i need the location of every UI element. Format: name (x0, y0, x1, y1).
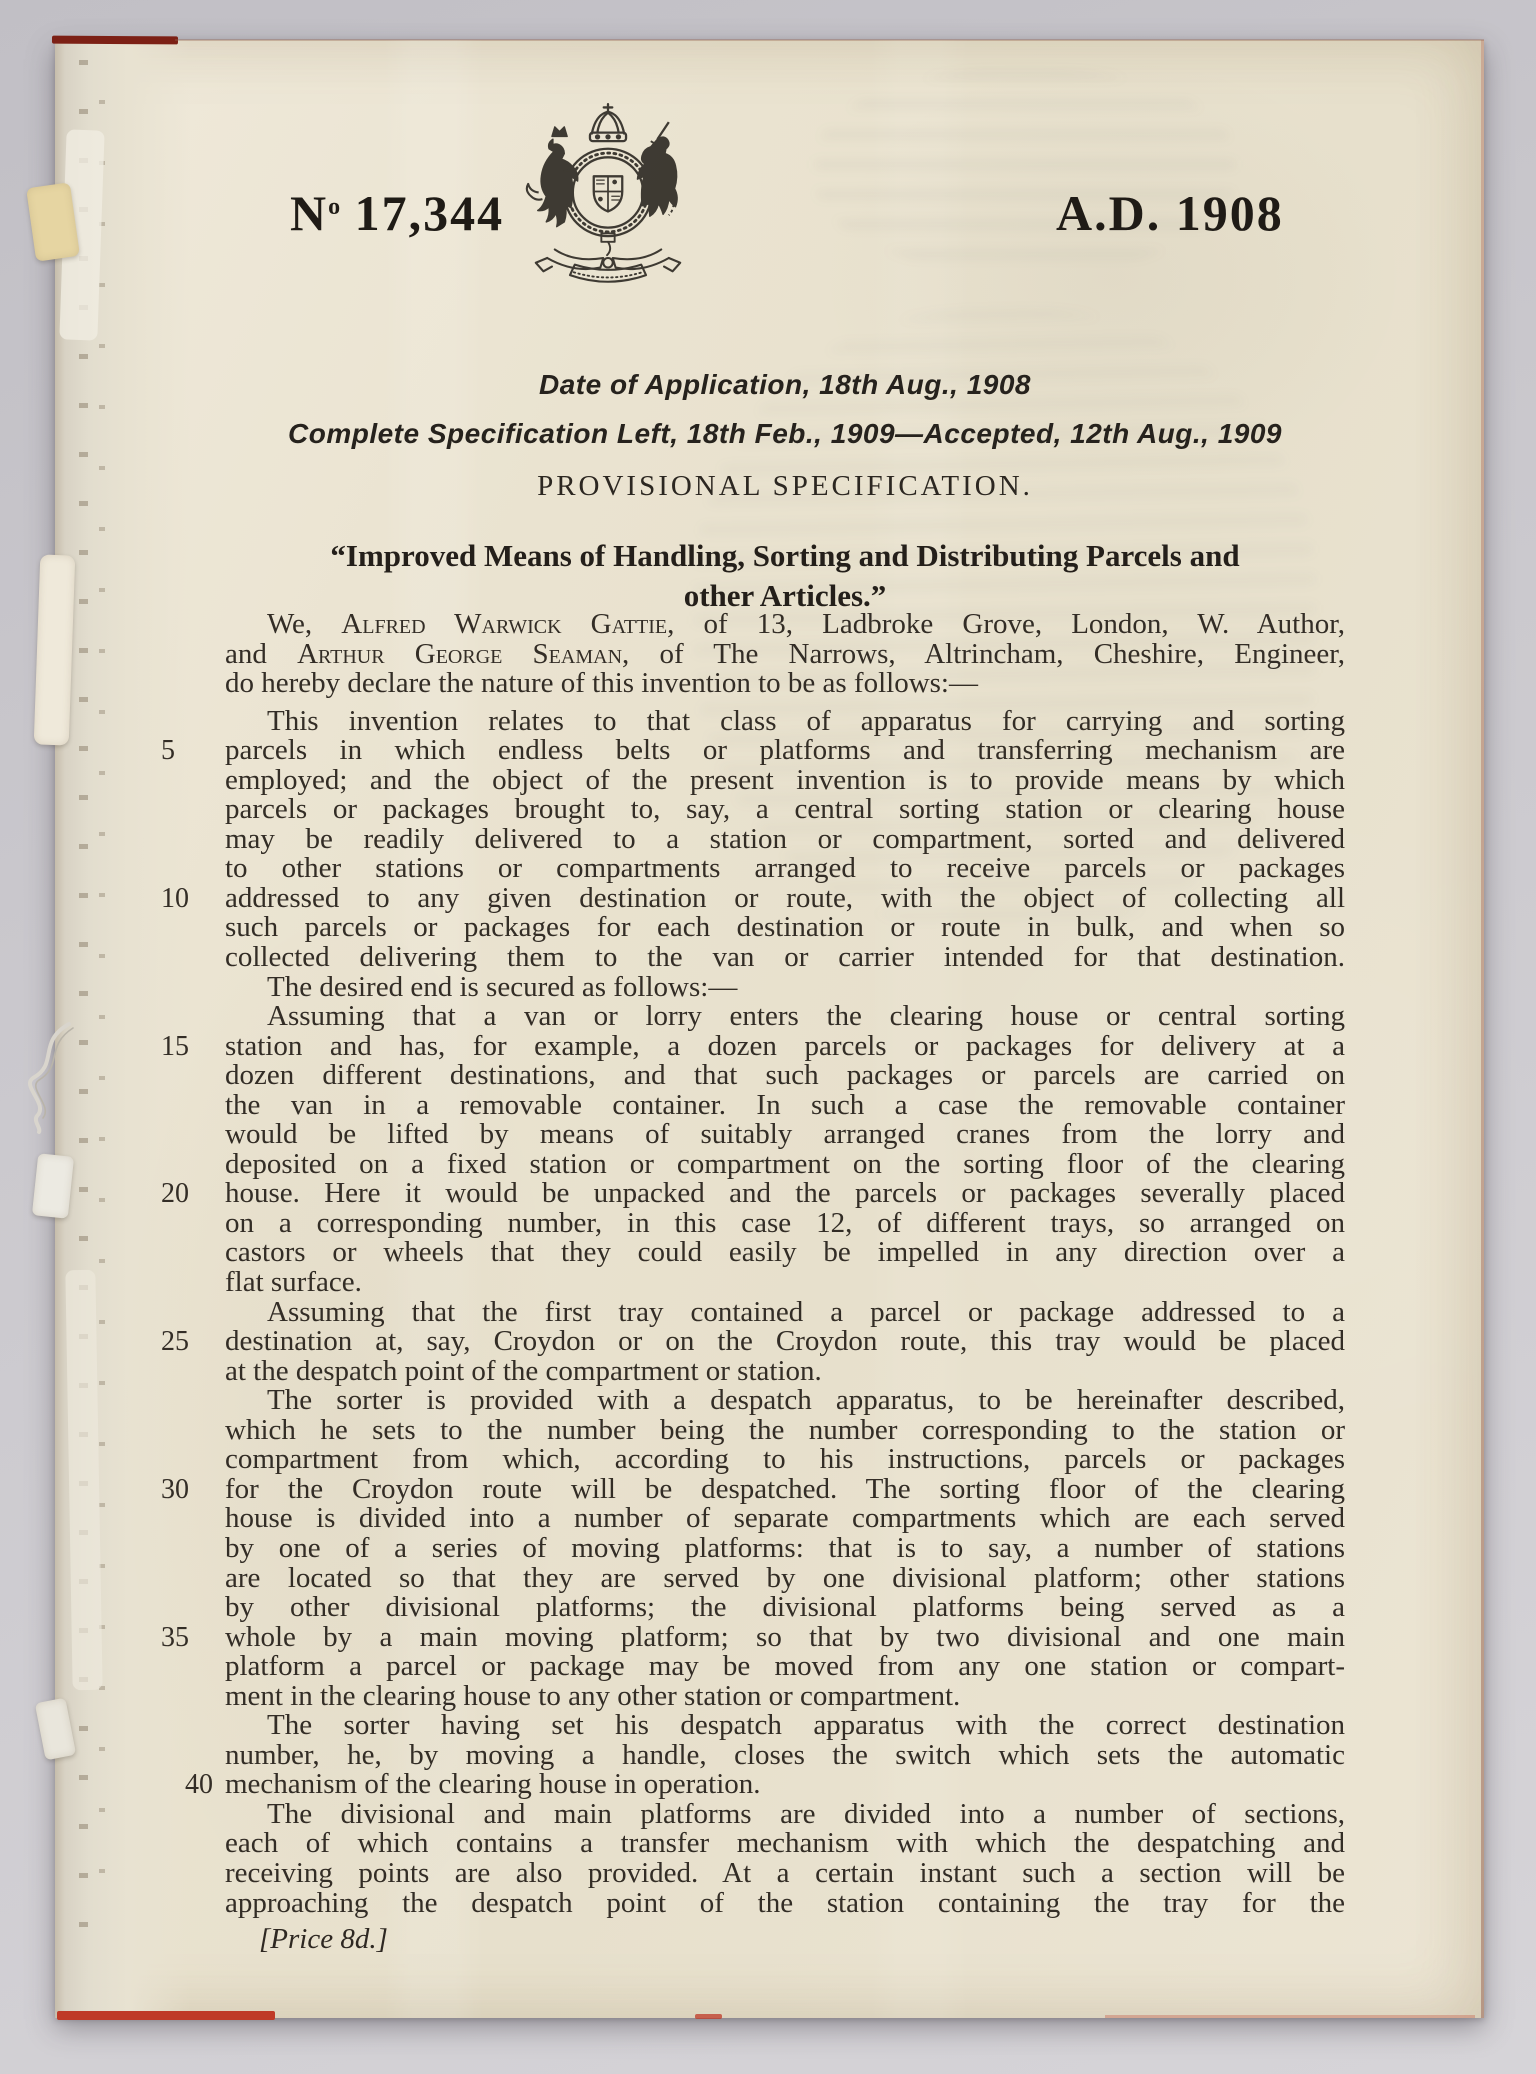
text-line: 40mechanism of the clearing house in ope… (225, 1770, 1345, 1800)
text-line: to other stations or compartments arrang… (225, 854, 1345, 884)
patent-number-prefix: N (290, 185, 328, 241)
text-line: ment in the clearing house to any other … (225, 1682, 1345, 1712)
text-line: 10addressed to any given destination or … (225, 884, 1345, 914)
text-line: deposited on a fixed station or compartm… (225, 1150, 1345, 1180)
text-line: at the despatch point of the compartment… (225, 1357, 1345, 1387)
line-number: 40 (161, 1770, 213, 1800)
specification-body: This invention relates to that class of … (225, 707, 1345, 1918)
binding-thread-icon (19, 1020, 85, 1135)
text-line: Assuming that the first tray contained a… (225, 1298, 1345, 1328)
text-line: The sorter having set his despatch appar… (225, 1711, 1345, 1741)
text-line: approaching the despatch point of the st… (225, 1889, 1345, 1919)
date-of-application: Date of Application, 18th Aug., 1908 (225, 370, 1345, 401)
line-number: 10 (161, 884, 213, 914)
text-line: the van in a removable container. In suc… (225, 1091, 1345, 1121)
torn-paper-tab (35, 1698, 76, 1761)
red-cover-dash (695, 2014, 722, 2019)
invention-title-line-1: “Improved Means of Handling, Sorting and… (225, 536, 1345, 576)
text-line: Assuming that a van or lorry enters the … (225, 1002, 1345, 1032)
text-line: collected delivering them to the van or … (225, 943, 1345, 973)
text-line: This invention relates to that class of … (225, 707, 1345, 737)
royal-coat-of-arms-icon (513, 100, 703, 302)
line-number: 30 (161, 1475, 213, 1505)
line-number: 5 (161, 736, 213, 766)
red-cover-sliver-bottom (57, 2011, 275, 2020)
price-note: [Price 8d.] (225, 1925, 1345, 1955)
section-heading: PROVISIONAL SPECIFICATION. (225, 470, 1345, 503)
text-line: compartment from which, according to his… (225, 1445, 1345, 1475)
text-line: each of which contains a transfer mechan… (225, 1829, 1345, 1859)
text-line: may be readily delivered to a station or… (225, 825, 1345, 855)
year-label: A.D. 1908 (1056, 188, 1284, 238)
text-line: and Arthur George Seaman, of The Narrows… (225, 640, 1345, 670)
torn-paper-tab (34, 554, 76, 745)
text-line: The sorter is provided with a despatch a… (225, 1386, 1345, 1416)
text-line: We, Alfred Warwick Gattie, of 13, Ladbro… (225, 610, 1345, 640)
photo-background: No 17,344 (0, 0, 1536, 2074)
text-line: would be lifted by means of suitably arr… (225, 1120, 1345, 1150)
paper-patch (65, 1270, 102, 1690)
declaration-paragraph: We, Alfred Warwick Gattie, of 13, Ladbro… (225, 610, 1345, 699)
text-line: such parcels or packages for each destin… (225, 913, 1345, 943)
text-line: The divisional and main platforms are di… (225, 1800, 1345, 1830)
text-line: castors or wheels that they could easily… (225, 1238, 1345, 1268)
text-line: receiving points are also provided. At a… (225, 1859, 1345, 1889)
text-line: The desired end is secured as follows:— (225, 973, 1345, 1003)
text-line: flat surface. (225, 1268, 1345, 1298)
text-line: on a corresponding number, in this case … (225, 1209, 1345, 1239)
specification-dates: Complete Specification Left, 18th Feb., … (225, 419, 1345, 450)
text-line: 20house. Here it would be unpacked and t… (225, 1179, 1345, 1209)
line-number: 15 (161, 1032, 213, 1062)
text-line: 15station and has, for example, a dozen … (225, 1032, 1345, 1062)
page-top-edge (175, 39, 1484, 41)
text-line: 35whole by a main moving platform; so th… (225, 1623, 1345, 1653)
text-line: 5parcels in which endless belts or platf… (225, 736, 1345, 766)
invention-title: “Improved Means of Handling, Sorting and… (225, 536, 1345, 616)
text-line: which he sets to the number being the nu… (225, 1416, 1345, 1446)
text-line: employed; and the object of the present … (225, 766, 1345, 796)
text-line: dozen different destinations, and that s… (225, 1061, 1345, 1091)
text-line: by one of a series of moving platforms: … (225, 1534, 1345, 1564)
text-line: parcels or packages brought to, say, a c… (225, 795, 1345, 825)
line-number: 35 (161, 1623, 213, 1653)
text-line: are located so that they are served by o… (225, 1564, 1345, 1594)
patent-number-superscript: o (328, 194, 340, 220)
patent-number-value: 17,344 (355, 185, 505, 241)
text-line: number, he, by moving a handle, closes t… (225, 1741, 1345, 1771)
line-number: 20 (161, 1179, 213, 1209)
text-line: do hereby declare the nature of this inv… (225, 669, 1345, 699)
patent-page: No 17,344 (55, 40, 1484, 2018)
text-line: by other divisional platforms; the divis… (225, 1593, 1345, 1623)
text-line: 25destination at, say, Croydon or on the… (225, 1327, 1345, 1357)
text-line: 30for the Croydon route will be despatch… (225, 1475, 1345, 1505)
red-cover-sliver-top (52, 36, 178, 45)
page-right-edge (1481, 40, 1484, 2018)
patent-number: No 17,344 (290, 188, 504, 238)
specification-text: We, Alfred Warwick Gattie, of 13, Ladbro… (225, 610, 1345, 1955)
line-number: 25 (161, 1327, 213, 1357)
text-line: house is divided into a number of separa… (225, 1504, 1345, 1534)
red-edge-glow (1105, 2015, 1475, 2018)
torn-paper-tab (32, 1153, 74, 1218)
text-line: platform a parcel or package may be move… (225, 1652, 1345, 1682)
